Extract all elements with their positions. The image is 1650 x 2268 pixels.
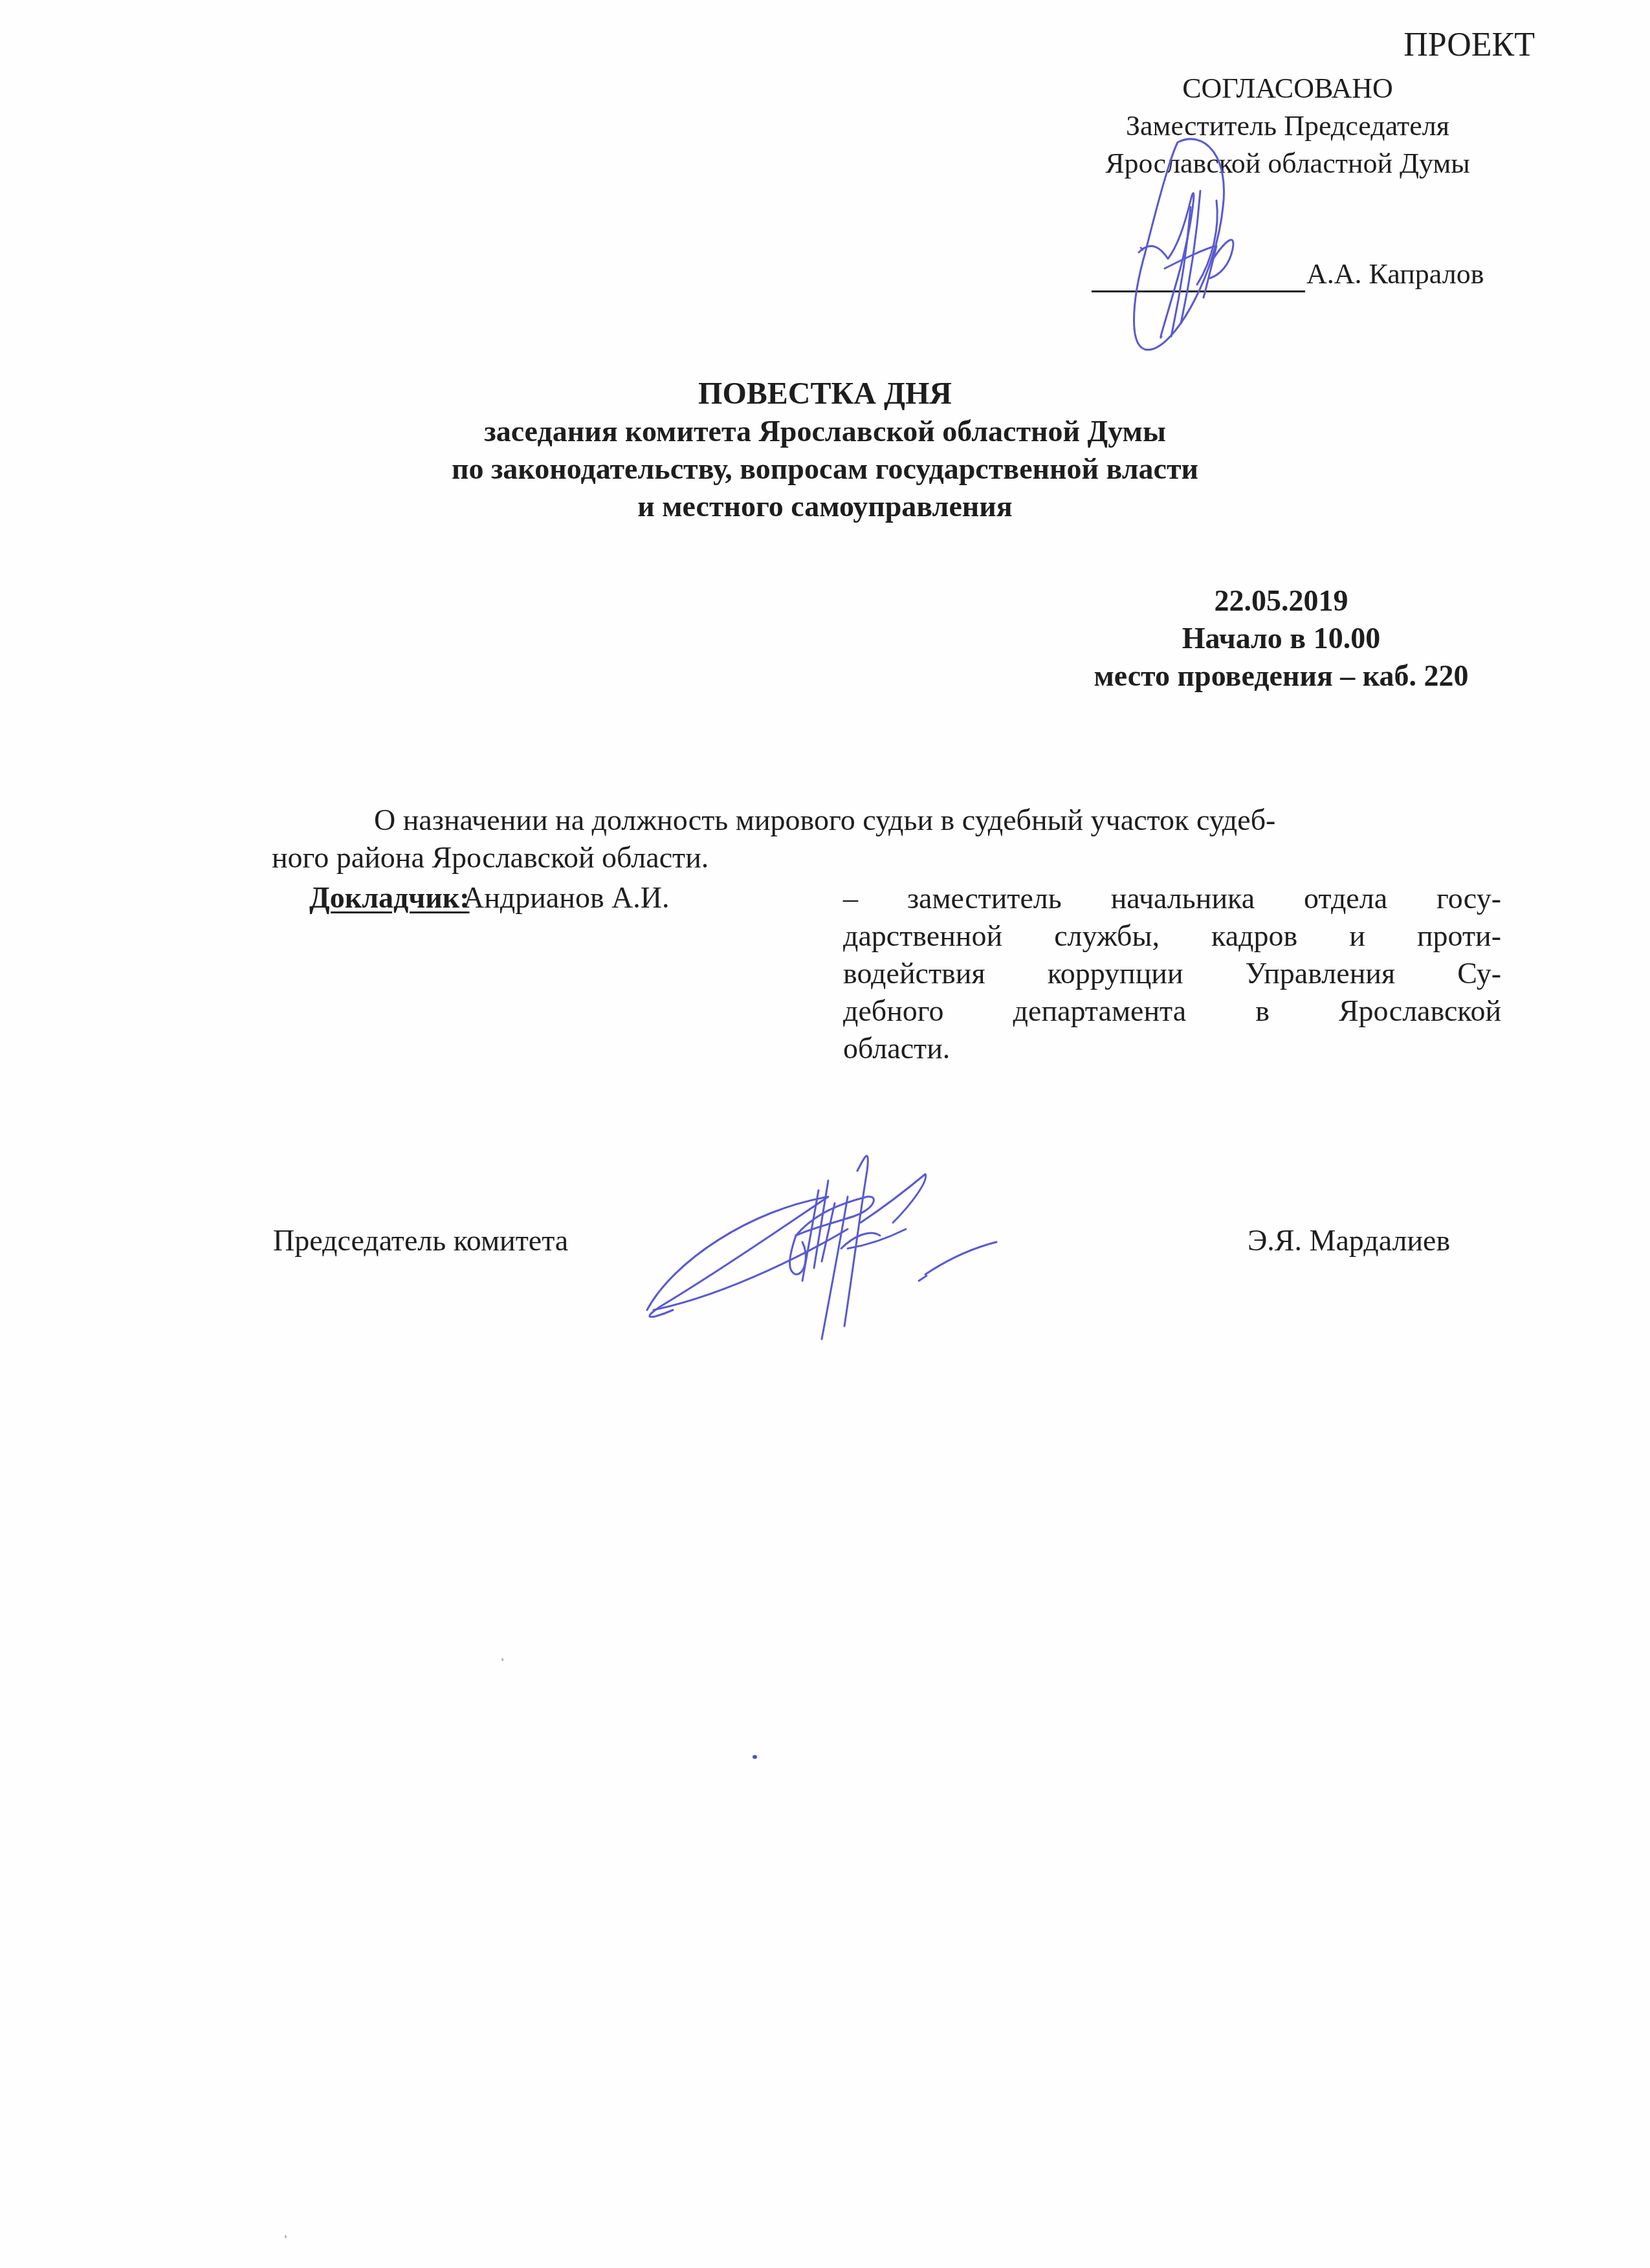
agenda-subtitle-line1: заседания комитета Ярославской областной… <box>0 413 1650 450</box>
reporter-name: Андрианов А.И. <box>463 880 670 916</box>
chairman-position: Председатель комитета <box>273 1223 568 1259</box>
reporter-label: Докладчик: <box>309 880 470 916</box>
meeting-start-time: Начало в 10.00 <box>996 620 1566 657</box>
reporter-position-line: водействия коррупции Управления Су- <box>843 955 1501 992</box>
ink-dot <box>753 1755 757 1759</box>
document-page: ПРОЕКТ СОГЛАСОВАНО Заместитель Председат… <box>0 0 1650 2268</box>
reporter-position: – заместитель начальника отдела госу- да… <box>843 880 1501 1067</box>
meeting-date: 22.05.2019 <box>996 582 1566 620</box>
chairman-handwritten-signature <box>634 1132 1191 1358</box>
approver-name: А.А. Капралов <box>1306 256 1484 292</box>
approver-signature-row: А.А. Капралов <box>1092 256 1484 292</box>
meeting-location: место проведения – каб. 220 <box>996 657 1566 695</box>
approver-position-line1: Заместитель Председателя <box>1061 107 1514 145</box>
agenda-subtitle-line2: по законодательству, вопросам государств… <box>0 450 1650 488</box>
agenda-title: ПОВЕСТКА ДНЯ <box>0 375 1650 413</box>
agenda-subtitle-line3: и местного самоуправления <box>0 488 1650 525</box>
approver-position-line2: Ярославской областной Думы <box>1061 145 1514 182</box>
reporter-position-line: – заместитель начальника отдела госу- <box>843 880 1501 917</box>
agenda-item-text-line2: ного района Ярославской области. <box>272 840 709 876</box>
reporter-position-line: области. <box>843 1030 1501 1067</box>
reporter-position-line: дарственной службы, кадров и проти- <box>843 917 1501 955</box>
reporter-position-line: дебного департамента в Ярославской <box>843 992 1501 1030</box>
meeting-info-block: 22.05.2019 Начало в 10.00 место проведен… <box>996 582 1566 695</box>
chairman-name: Э.Я. Мардалиев <box>1248 1223 1450 1259</box>
approval-heading: СОГЛАСОВАНО <box>1061 70 1514 107</box>
scan-speck <box>501 1658 503 1661</box>
signature-line <box>1092 261 1305 292</box>
agenda-title-block: ПОВЕСТКА ДНЯ заседания комитета Ярославс… <box>0 375 1650 525</box>
agenda-item-text-line1: О назначении на должность мирового судьи… <box>374 802 1275 838</box>
approval-block: СОГЛАСОВАНО Заместитель Председателя Яро… <box>1061 70 1514 182</box>
scan-speck <box>285 2235 287 2238</box>
document-status-label: ПРОЕКТ <box>1403 25 1535 66</box>
